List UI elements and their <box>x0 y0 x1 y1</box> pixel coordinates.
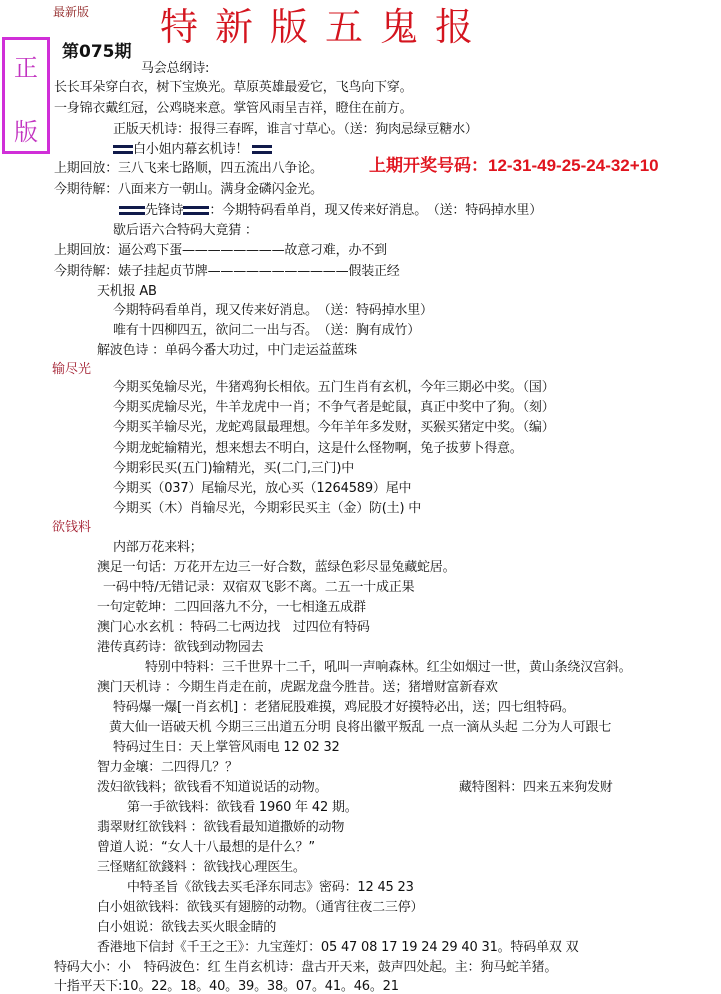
last-draw-result: 上期开奖号码：12-31-49-25-24-32+10 <box>369 157 659 174</box>
riddle-title: 歇后语六合特码大竟猜 ： <box>113 224 258 237</box>
macau-tianji-poem: 澳门天机诗 ：今期生肖走在前，虎踞龙盘今胜昔。送；猪增财富新春欢 <box>97 681 498 694</box>
issue-number: 第075期 <box>62 44 132 61</box>
qiankun-sentence: 一句定乾坤：二四回落九不分，一七相逢五成群 <box>97 601 366 614</box>
bai-money-material: 白小姐欲钱料：欲钱买有翅膀的动物。（通宵往夜二三停） <box>97 901 423 914</box>
tianji-line-2: 唯有十四柳四五，欲问二一出与否。 （送：胸有成竹） <box>113 324 420 337</box>
genuine-edition-badge: 正 版 <box>2 37 50 154</box>
lose-all-line: 今期彩民买(五门)输精光，买(二门,三门)中 <box>113 462 354 475</box>
bai-poem-label: 白小姐内幕玄机诗！ <box>133 142 248 157</box>
horse-poem-line-1: 长长耳朵穿白衣，树下宝焕光。草原英雄最爱它，飞鸟向下穿。 <box>54 81 412 94</box>
pofu-material: 泼妇欲钱料；欲钱看不知道说话的动物。 <box>97 781 327 794</box>
horse-poem-line-2: 一身锦衣戴红冠，公鸡晓来意。掌管风雨呈吉祥，瞪住在前方。 <box>54 102 412 115</box>
zhengban-tianji-poem: 正版天机诗：报得三春晖，谁言寸草心。（送：狗肉忌绿豆糖水） <box>113 123 478 136</box>
code-size-color-line: 特码大小：小 特码波色：红 生肖玄机诗：盘古开天来，鼓声四处起。主：狗马蛇羊猪。 <box>54 961 557 974</box>
aozu-sentence: 澳足一句话：万花开左边三一好合数，蓝绿色彩尽显兔藏蛇居。 <box>97 561 455 574</box>
horse-poem-label: 马会总纲诗: <box>141 62 209 75</box>
wave-color-poem: 解波色诗 ：单码今番大功过，中门走运益蓝珠 <box>97 344 357 357</box>
bar-decoration-icon <box>252 145 272 154</box>
cangte-material: 藏特图料：四来五来狗发财 <box>459 781 613 794</box>
sanguai-material: 三怪赌紅欲錢料 ：欲钱找心理医生。 <box>97 861 306 874</box>
macau-heart-mystery: 澳门心水玄机 ：特码二七两边找 过四位有特码 <box>97 621 370 634</box>
lose-all-line: 今期买虎输尽光，牛羊龙虎中一肖；不争气者是蛇鼠，真正中奖中了狗。（刻） <box>113 401 555 414</box>
riddle-this-period: 今期待解：婊子挂起贞节牌———————————假装正经 <box>54 265 400 278</box>
code-explode: 特码爆一爆[一肖玄机] ：老猪屁股难摸，鸡屁股才好摸特必出，送；四七组特码。 <box>113 701 575 714</box>
section-heading-want-money: 欲钱料 <box>52 521 91 534</box>
hk-poem: 港传真药诗：欲钱到动物园去 <box>97 641 263 654</box>
last-draw-label: 上期开奖号码： <box>369 156 488 175</box>
lose-all-line: 今期买兔输尽光，牛猪鸡狗长相依。五门生肖有玄机，今年三期必中奖。（国） <box>113 381 555 394</box>
feicui-material: 翡翠财红欲钱料 ：欲钱看最知道撒娇的动物 <box>97 821 344 834</box>
special-material: 特别中特料：三千世界十二千，吼叫一声响森林。红尘如烟过一世，黄山条绕汉宫斜。 <box>145 661 631 674</box>
bar-decoration-icon <box>113 145 133 154</box>
code-birthday: 特码过生日：天上掌管风雨电 12 02 32 <box>113 741 340 754</box>
lose-all-line: 今期买羊输尽光，龙蛇鸡鼠最理想。今年羊年多发财，买猴买猪定中奖。（编） <box>113 421 555 434</box>
badge-char-zheng: 正 <box>5 48 47 83</box>
pioneer-label: 先锋诗 <box>145 203 183 218</box>
badge-char-ban: 版 <box>5 112 47 147</box>
page-title: 特新版五鬼报 <box>160 8 490 46</box>
pioneer-text: ：今期特码看单肖，现又传来好消息。 （送：特码掉水里） <box>209 203 542 218</box>
shengzhi-code: 中特圣旨《欲钱去买毛泽东同志》密码：12 45 23 <box>127 881 414 894</box>
bai-poem-heading: 白小姐内幕玄机诗！ <box>113 143 272 156</box>
tianji-title: 天机报 AB <box>97 285 157 298</box>
latest-version-label: 最新版 <box>53 6 89 18</box>
one-code-record: 一码中特/无错记录：双宿双飞影不离。二五一十成正果 <box>103 581 414 594</box>
pioneer-poem: 先锋诗：今期特码看单肖，现又传来好消息。 （送：特码掉水里） <box>119 204 542 217</box>
lose-all-line: 今期买（木）肖输尽光，今期彩民买主（金）防(土) 中 <box>113 502 421 515</box>
tianji-line-1: 今期特码看单肖，现又传来好消息。 （送：特码掉水里） <box>113 304 433 317</box>
bai-last-review: 上期回放：三八飞来七路顺，四五流出八争论。 <box>54 162 323 175</box>
ten-fingers-numbers: 十指平天下:10。22。18。40。39。38。07。41。46。21 <box>54 980 399 993</box>
section-heading-lose-all: 输尽光 <box>52 363 91 376</box>
hk-underground-letter: 香港地下信封《千王之王》：九宝莲灯：05 47 08 17 19 24 29 4… <box>97 941 578 954</box>
first-hand-material: 第一手欲钱料：欲钱看 1960 年 42 期。 <box>127 801 358 814</box>
bar-decoration-icon <box>183 206 209 215</box>
lose-all-line: 今期买（037）尾输尽光，放心买（1264589）尾中 <box>113 482 411 495</box>
last-draw-numbers: 12-31-49-25-24-32+10 <box>488 156 659 175</box>
bar-decoration-icon <box>119 206 145 215</box>
bai-says: 白小姐说：欲钱去买火眼金睛的 <box>97 921 276 934</box>
bai-this-period: 今期待解：八面来方一朝山。满身金磷闪金光。 <box>54 183 323 196</box>
internal-material: 内部万花来料； <box>113 541 203 554</box>
zhili-jinrang: 智力金壤：二四得几？？ <box>97 761 238 774</box>
zeng-daoren-says: 曾道人说：“女人十八最想的是什么？” <box>97 841 315 854</box>
riddle-last-review: 上期回放：逼公鸡下蛋————————故意刁难，办不到 <box>54 244 387 257</box>
lose-all-line: 今期龙蛇输精光，想来想去不明白，这是什么怪物啊，兔子拔萝卜得意。 <box>113 442 523 455</box>
huang-daxian: 黄大仙一语破天机 今期三三出道五分明 良将出徽平叛乱 一点一滴从头起 二分为人可… <box>109 721 611 734</box>
